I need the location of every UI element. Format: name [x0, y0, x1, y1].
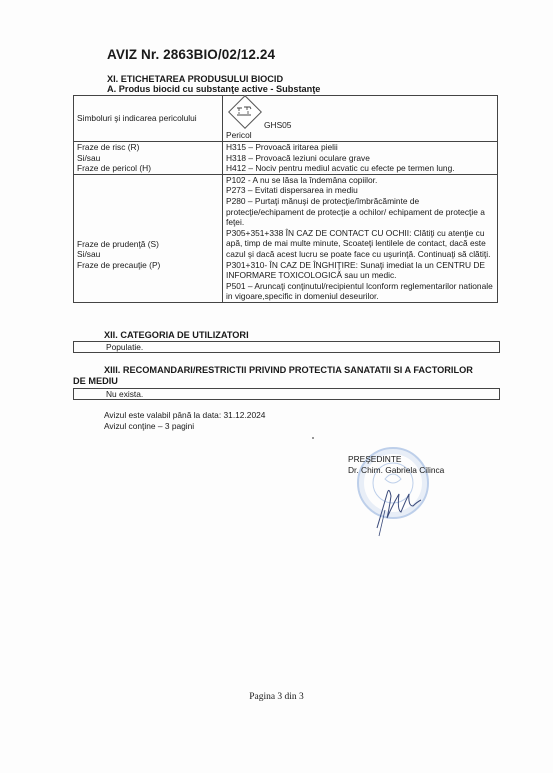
precautionary-statements: P102 - A nu se lăsa la îndemâna copiilor… [223, 174, 498, 302]
scan-speck [312, 437, 314, 439]
prudence-label-line: Fraze de precauţie (P) [77, 260, 219, 271]
section-xii-heading: XII. CATEGORIA DE UTILIZATORI [104, 330, 249, 341]
hazard-statement: H412 – Nociv pentru mediul acvatic cu ef… [226, 163, 494, 174]
precautionary-statement: P280 – Purtaţi mănuşi de protecţie/îmbră… [226, 196, 494, 228]
table-row: Simboluri şi indicarea pericolului GHS05… [74, 96, 498, 142]
page-count: Avizul conţine – 3 pagini [104, 421, 265, 432]
document-title: AVIZ Nr. 2863BIO/02/12.24 [107, 47, 275, 62]
labeling-table: Simboluri şi indicarea pericolului GHS05… [73, 95, 498, 303]
precautionary-statement: P301+310- ÎN CAZ DE ÎNGHIŢIRE: Sunaţi im… [226, 260, 494, 281]
table-row: Fraze de prudenţă (S) Si/sau Fraze de pr… [74, 174, 498, 302]
handwritten-signature-icon [365, 470, 435, 540]
precautionary-statement: P501 – Aruncaţi conţinutul/recipientul l… [226, 281, 494, 302]
prudence-label: Fraze de prudenţă (S) Si/sau Fraze de pr… [74, 174, 223, 302]
symbols-cell: GHS05 Pericol [223, 96, 498, 142]
prudence-label-line: Fraze de prudenţă (S) [77, 239, 219, 250]
risk-label-line: Si/sau [77, 153, 219, 164]
precautionary-statement: P102 - A nu se lăsa la îndemâna copiilor… [226, 175, 494, 186]
risk-label: Fraze de risc (R) Si/sau Fraze de perico… [74, 142, 223, 175]
ghs-code: GHS05 [264, 120, 291, 131]
hazard-statements: H315 – Provoacă iritarea pielii H318 – P… [223, 142, 498, 175]
hazard-statement: H318 – Provoacă leziuni oculare grave [226, 153, 494, 164]
signal-word: Pericol [226, 130, 252, 141]
table-row: Fraze de risc (R) Si/sau Fraze de perico… [74, 142, 498, 175]
section-xi-subheading: A. Produs biocid cu substanţe active - S… [107, 84, 320, 95]
page-footer: Pagina 3 din 3 [0, 692, 553, 702]
section-xiii-heading-line1: XIII. RECOMANDARI/RESTRICTII PRIVIND PRO… [104, 365, 473, 376]
validity-info: Avizul este valabil până la data: 31.12.… [104, 410, 265, 431]
prudence-label-line: Si/sau [77, 249, 219, 260]
precautionary-statement: P305+351+338 ÎN CAZ DE CONTACT CU OCHII:… [226, 228, 494, 260]
precautionary-statement: P273 – Evitati dispersarea in mediu [226, 185, 494, 196]
symbols-label: Simboluri şi indicarea pericolului [74, 96, 223, 142]
user-category-box: Populatie. [73, 341, 500, 353]
recommendations-box: Nu exista. [73, 388, 500, 400]
risk-label-line: Fraze de pericol (H) [77, 163, 219, 174]
user-category-value: Populatie. [106, 342, 143, 352]
signatory-role: PREŞEDINTE [348, 454, 444, 465]
document-page: AVIZ Nr. 2863BIO/02/12.24 XI. ETICHETARE… [0, 0, 553, 773]
recommendations-value: Nu exista. [106, 389, 143, 399]
section-xiii-heading-line2: DE MEDIU [73, 376, 118, 387]
validity-date: Avizul este valabil până la data: 31.12.… [104, 410, 265, 421]
risk-label-line: Fraze de risc (R) [77, 142, 219, 153]
ghs05-corrosion-icon [235, 106, 253, 118]
hazard-statement: H315 – Provoacă iritarea pielii [226, 142, 494, 153]
